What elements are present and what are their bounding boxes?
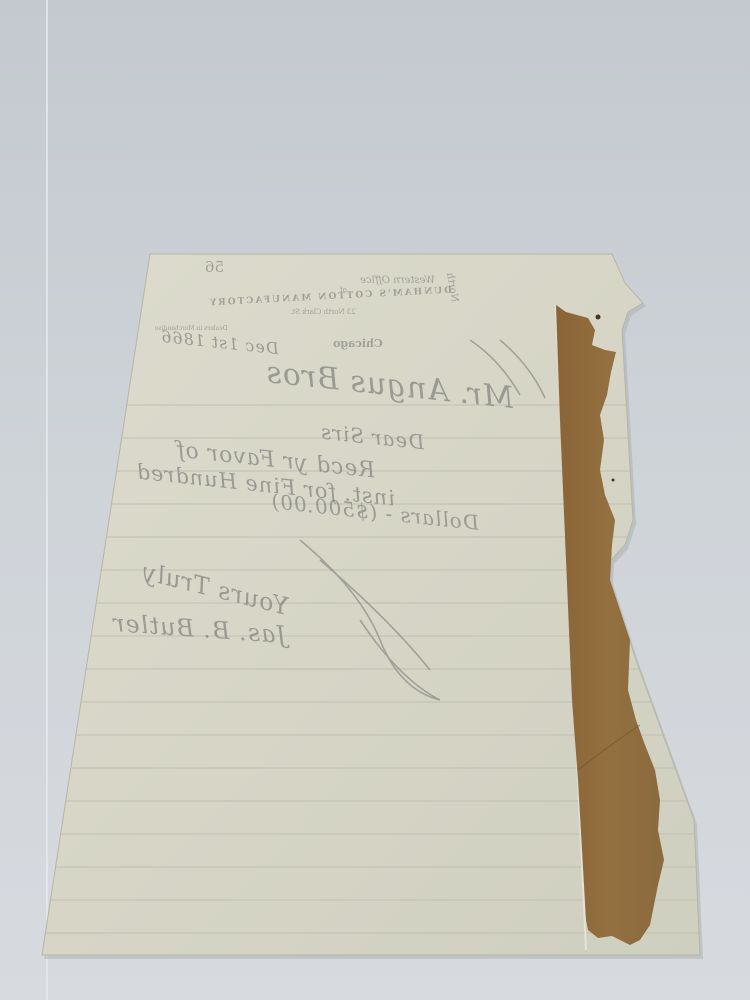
letterhead-address-line: 23 North Clark St. <box>290 308 356 316</box>
tape-spot <box>596 315 601 320</box>
letterhead-city: Chicago <box>333 337 383 350</box>
corner-number: 56 <box>205 258 224 276</box>
letterhead-office-line: Western Office <box>360 275 435 286</box>
